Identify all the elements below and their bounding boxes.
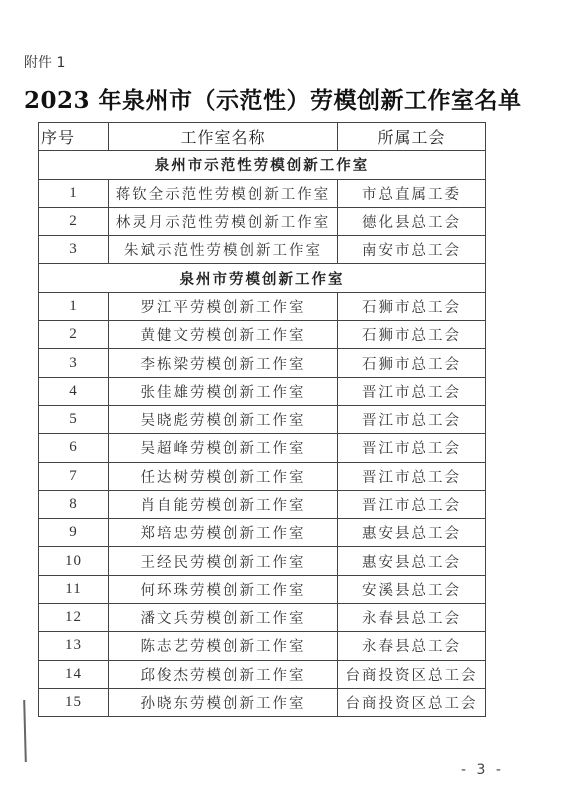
- row-number: 1: [39, 179, 109, 207]
- union-name: 永春县总工会: [338, 604, 486, 632]
- table-row: 4张佳雄劳模创新工作室晋江市总工会: [39, 377, 486, 405]
- row-number: 13: [39, 632, 109, 660]
- table-row: 3李栋梁劳模创新工作室石狮市总工会: [39, 349, 486, 377]
- studio-name: 罗江平劳模创新工作室: [109, 292, 338, 320]
- studio-name: 王经民劳模创新工作室: [109, 547, 338, 575]
- union-name: 永春县总工会: [338, 632, 486, 660]
- union-name: 晋江市总工会: [338, 462, 486, 490]
- table-row: 12潘文兵劳模创新工作室永春县总工会: [39, 604, 486, 632]
- studio-roster-table: 序号 工作室名称 所属工会 泉州市示范性劳模创新工作室 1蒋钦全示范性劳模创新工…: [38, 122, 486, 717]
- row-number: 4: [39, 377, 109, 405]
- row-number: 6: [39, 434, 109, 462]
- table-row: 13陈志艺劳模创新工作室永春县总工会: [39, 632, 486, 660]
- scan-artifact-line: [23, 700, 27, 762]
- studio-name: 邱俊杰劳模创新工作室: [109, 660, 338, 688]
- document-title: 2023 年泉州市（示范性）劳模创新工作室名单: [24, 82, 522, 115]
- table-row: 11何环珠劳模创新工作室安溪县总工会: [39, 575, 486, 603]
- studio-name: 李栋梁劳模创新工作室: [109, 349, 338, 377]
- studio-name: 任达树劳模创新工作室: [109, 462, 338, 490]
- table-row: 15孙晓东劳模创新工作室台商投资区总工会: [39, 688, 486, 716]
- row-number: 1: [39, 292, 109, 320]
- header-union: 所属工会: [338, 123, 486, 151]
- studio-name: 何环珠劳模创新工作室: [109, 575, 338, 603]
- union-name: 市总直属工委: [338, 179, 486, 207]
- union-name: 晋江市总工会: [338, 377, 486, 405]
- union-name: 石狮市总工会: [338, 292, 486, 320]
- row-number: 14: [39, 660, 109, 688]
- table-row: 5吴晓彪劳模创新工作室晋江市总工会: [39, 405, 486, 433]
- studio-name: 林灵月示范性劳模创新工作室: [109, 207, 338, 235]
- studio-name: 黄健文劳模创新工作室: [109, 321, 338, 349]
- table-row: 2林灵月示范性劳模创新工作室德化县总工会: [39, 207, 486, 235]
- studio-name: 潘文兵劳模创新工作室: [109, 604, 338, 632]
- studio-name: 郑培忠劳模创新工作室: [109, 519, 338, 547]
- section-row: 泉州市劳模创新工作室: [39, 264, 486, 292]
- row-number: 5: [39, 405, 109, 433]
- row-number: 11: [39, 575, 109, 603]
- row-number: 12: [39, 604, 109, 632]
- union-name: 惠安县总工会: [338, 519, 486, 547]
- row-number: 3: [39, 349, 109, 377]
- union-name: 安溪县总工会: [338, 575, 486, 603]
- studio-name: 肖自能劳模创新工作室: [109, 490, 338, 518]
- union-name: 德化县总工会: [338, 207, 486, 235]
- union-name: 晋江市总工会: [338, 405, 486, 433]
- studio-name: 吴超峰劳模创新工作室: [109, 434, 338, 462]
- table-row: 9郑培忠劳模创新工作室惠安县总工会: [39, 519, 486, 547]
- union-name: 台商投资区总工会: [338, 660, 486, 688]
- attachment-label: 附件 1: [24, 52, 65, 72]
- section-title-demonstration: 泉州市示范性劳模创新工作室: [39, 151, 486, 179]
- studio-name: 朱斌示范性劳模创新工作室: [109, 236, 338, 264]
- studio-name: 孙晓东劳模创新工作室: [109, 688, 338, 716]
- table-row: 6吴超峰劳模创新工作室晋江市总工会: [39, 434, 486, 462]
- union-name: 惠安县总工会: [338, 547, 486, 575]
- row-number: 15: [39, 688, 109, 716]
- row-number: 9: [39, 519, 109, 547]
- union-name: 晋江市总工会: [338, 434, 486, 462]
- row-number: 2: [39, 207, 109, 235]
- studio-name: 吴晓彪劳模创新工作室: [109, 405, 338, 433]
- union-name: 石狮市总工会: [338, 321, 486, 349]
- union-name: 台商投资区总工会: [338, 688, 486, 716]
- studio-name: 蒋钦全示范性劳模创新工作室: [109, 179, 338, 207]
- table-row: 10王经民劳模创新工作室惠安县总工会: [39, 547, 486, 575]
- table-row: 7任达树劳模创新工作室晋江市总工会: [39, 462, 486, 490]
- union-name: 南安市总工会: [338, 236, 486, 264]
- section-row: 泉州市示范性劳模创新工作室: [39, 151, 486, 179]
- table-row: 1罗江平劳模创新工作室石狮市总工会: [39, 292, 486, 320]
- table-row: 3朱斌示范性劳模创新工作室南安市总工会: [39, 236, 486, 264]
- header-studio-name: 工作室名称: [109, 123, 338, 151]
- table-row: 14邱俊杰劳模创新工作室台商投资区总工会: [39, 660, 486, 688]
- studio-name: 陈志艺劳模创新工作室: [109, 632, 338, 660]
- studio-name: 张佳雄劳模创新工作室: [109, 377, 338, 405]
- row-number: 3: [39, 236, 109, 264]
- table-row: 2黄健文劳模创新工作室石狮市总工会: [39, 321, 486, 349]
- table-row: 8肖自能劳模创新工作室晋江市总工会: [39, 490, 486, 518]
- section-title-standard: 泉州市劳模创新工作室: [39, 264, 486, 292]
- table-row: 1蒋钦全示范性劳模创新工作室市总直属工委: [39, 179, 486, 207]
- union-name: 晋江市总工会: [338, 490, 486, 518]
- union-name: 石狮市总工会: [338, 349, 486, 377]
- row-number: 7: [39, 462, 109, 490]
- row-number: 2: [39, 321, 109, 349]
- row-number: 10: [39, 547, 109, 575]
- header-serial: 序号: [39, 123, 109, 151]
- row-number: 8: [39, 490, 109, 518]
- page-number: - 3 -: [461, 762, 504, 778]
- table-header-row: 序号 工作室名称 所属工会: [39, 123, 486, 151]
